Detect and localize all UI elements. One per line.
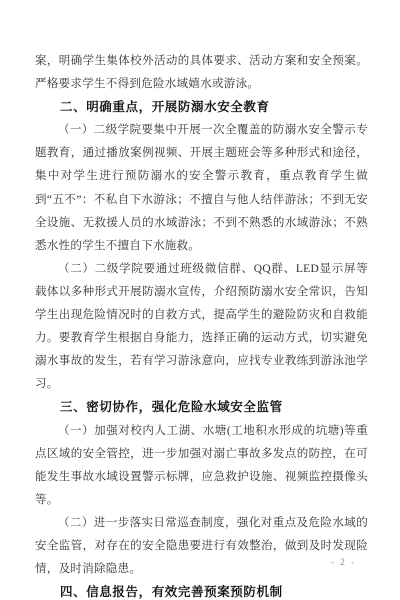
document-page: 案，明确学生集体校外活动的具体要求、活动方案和安全预案。严格要求学生不得到危险水… <box>0 0 400 600</box>
paragraph-section3-item2: （二）进一步落实日常巡查制度，强化对重点及危险水域的安全监管，对存在的安全隐患要… <box>35 512 368 581</box>
section-heading-3: 三、密切协作，强化危险水域安全监管 <box>35 396 368 419</box>
section-heading-2: 二、明确重点，开展防溺水安全教育 <box>35 96 368 119</box>
document-body: 案，明确学生集体校外活动的具体要求、活动方案和安全预案。严格要求学生不得到危险水… <box>35 50 368 600</box>
paragraph-section2-item1: （一）二级学院要集中开展一次全覆盖的防溺水安全警示专题教育，通过播放案例视频、开… <box>35 119 368 258</box>
page-number: - 2 - <box>331 557 356 567</box>
paragraph-section3-item1: （一）加强对校内人工湖、水塘(工地积水形成的坑塘)等重点区域的安全管控，进一步加… <box>35 420 368 512</box>
section-heading-4: 四、信息报告，有效完善预案预防机制 <box>35 581 368 600</box>
paragraph-section2-item2: （二）二级学院要通过班级微信群、QQ群、LED显示屏等载体以多种形式开展防溺水宣… <box>35 258 368 397</box>
paragraph-continuation: 案，明确学生集体校外活动的具体要求、活动方案和安全预案。严格要求学生不得到危险水… <box>35 50 368 96</box>
